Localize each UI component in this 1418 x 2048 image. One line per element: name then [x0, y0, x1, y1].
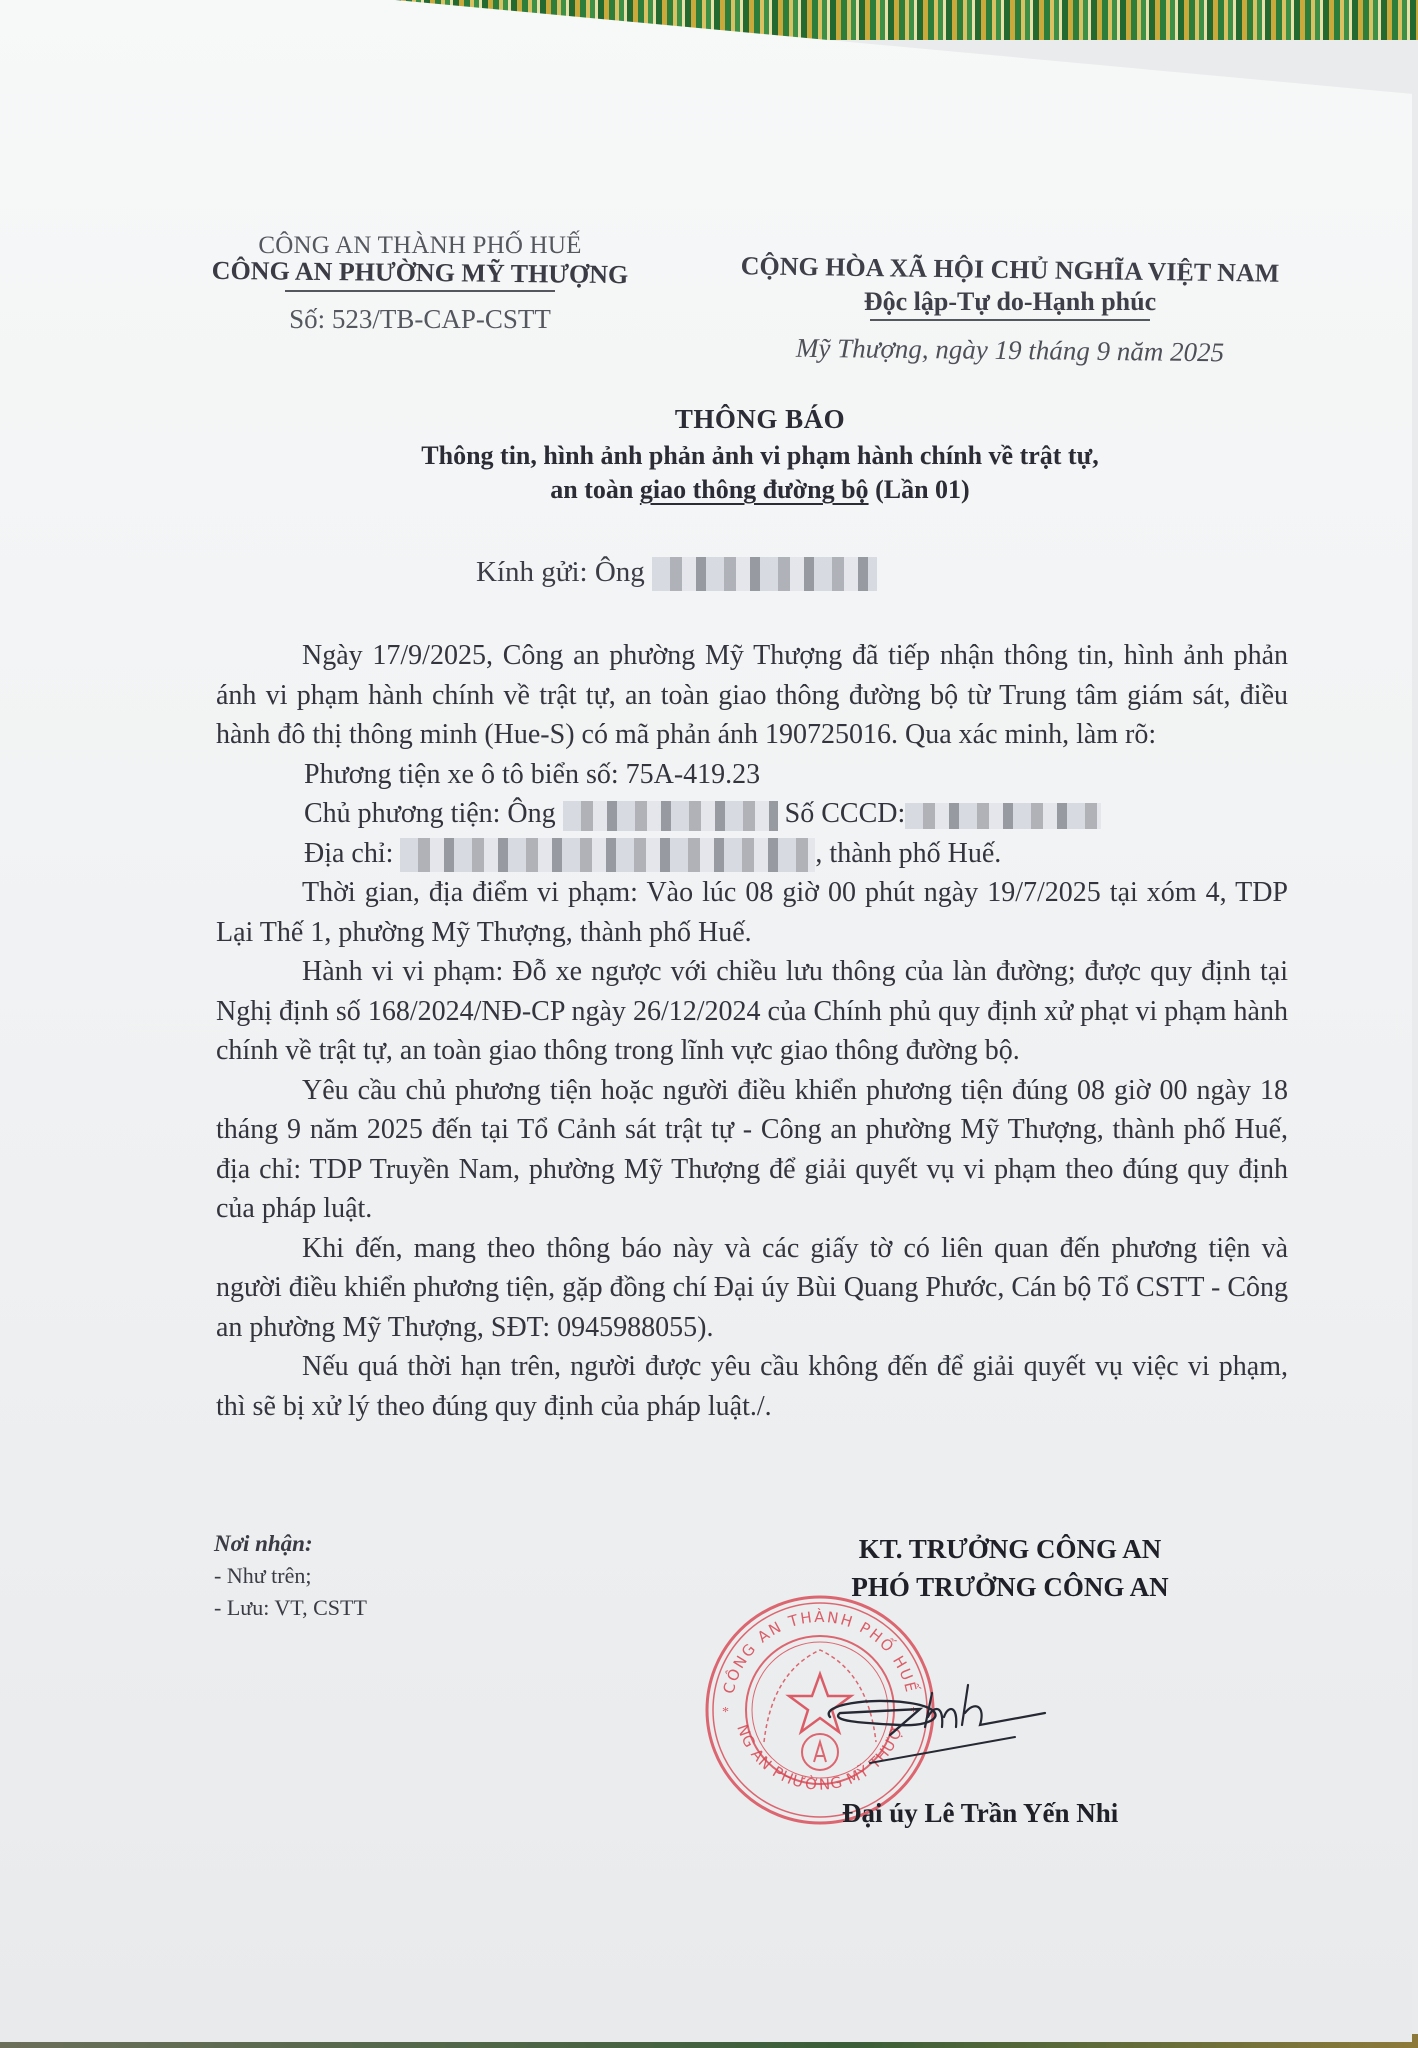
address-line: Địa chỉ: , thành phố Huế. — [216, 834, 1288, 874]
paragraph-violation: Hành vi vi phạm: Đỗ xe ngược với chiều l… — [216, 952, 1288, 1071]
national-motto: Độc lập-Tự do-Hạnh phúc — [710, 287, 1310, 317]
subtitle-pre: an toàn — [550, 475, 640, 504]
paragraph-request: Yêu cầu chủ phương tiện hoặc người điều … — [216, 1071, 1288, 1229]
redacted-address — [400, 838, 815, 872]
redacted-id-number — [905, 803, 1101, 829]
vehicle-plate-line: Phương tiện xe ô tô biển số: 75A-419.23 — [216, 755, 1288, 795]
recipient-item: - Như trên; — [214, 1560, 367, 1592]
signer-title-block: KT. TRƯỞNG CÔNG AN PHÓ TRƯỞNG CÔNG AN — [790, 1530, 1230, 1606]
paragraph-warning: Nếu quá thời hạn trên, người được yêu cầ… — [216, 1347, 1288, 1426]
svg-text:*: * — [722, 1705, 729, 1720]
signature-icon — [810, 1665, 1060, 1775]
national-header-block: CỘNG HÒA XÃ HỘI CHỦ NGHĨA VIỆT NAM Độc l… — [710, 255, 1310, 366]
subtitle-post: (Lần 01) — [869, 475, 970, 504]
signer-position: PHÓ TRƯỞNG CÔNG AN — [790, 1568, 1230, 1606]
subtitle-underlined: giao thông đường bộ — [640, 475, 869, 504]
country-name: CỘNG HÒA XÃ HỘI CHỦ NGHĨA VIỆT NAM — [710, 251, 1310, 289]
vehicle-owner-line: Chủ phương tiện: Ông Số CCCD: — [216, 794, 1288, 834]
signer-authority: KT. TRƯỞNG CÔNG AN — [790, 1530, 1230, 1568]
agency-name: CÔNG AN PHƯỜNG MỸ THƯỢNG — [175, 255, 665, 290]
agency-underline — [285, 290, 555, 292]
document-title-block: THÔNG BÁO Thông tin, hình ảnh phản ảnh v… — [320, 404, 1200, 505]
document-sheet: CÔNG AN THÀNH PHỐ HUẾ CÔNG AN PHƯỜNG MỸ … — [0, 0, 1412, 2042]
signer-name: Đại úy Lê Trần Yến Nhi — [842, 1798, 1118, 1829]
address-label: Địa chỉ: — [304, 838, 393, 869]
document-subtitle-line2: an toàn giao thông đường bộ (Lần 01) — [320, 475, 1200, 505]
address-suffix: , thành phố Huế. — [815, 838, 1001, 869]
paragraph-intro: Ngày 17/9/2025, Công an phường Mỹ Thượng… — [216, 636, 1288, 755]
paragraph-time-place: Thời gian, địa điểm vi phạm: Vào lúc 08 … — [216, 873, 1288, 952]
place-date: Mỹ Thượng, ngày 19 tháng 9 năm 2025 — [710, 332, 1310, 369]
greeting-line: Kính gửi: Ông — [476, 556, 877, 591]
paragraph-bring-documents: Khi đến, mang theo thông báo này và các … — [216, 1229, 1288, 1348]
id-label: Số CCCD: — [785, 798, 906, 829]
recipients-block: Nơi nhận: - Như trên; - Lưu: VT, CSTT — [214, 1528, 367, 1624]
motto-underline — [870, 319, 1150, 321]
recipient-item: - Lưu: VT, CSTT — [214, 1592, 367, 1624]
greeting-label: Kính gửi: Ông — [476, 556, 645, 588]
redacted-recipient-name — [652, 557, 877, 591]
document-subtitle-line1: Thông tin, hình ảnh phản ảnh vi phạm hàn… — [320, 441, 1200, 471]
document-body: Ngày 17/9/2025, Công an phường Mỹ Thượng… — [216, 636, 1288, 1426]
recipients-label: Nơi nhận: — [214, 1528, 367, 1560]
document-title: THÔNG BÁO — [320, 404, 1200, 435]
redacted-owner-name — [563, 801, 778, 831]
document-number: Số: 523/TB-CAP-CSTT — [175, 304, 665, 335]
issuing-agency-block: CÔNG AN THÀNH PHỐ HUẾ CÔNG AN PHƯỜNG MỸ … — [175, 232, 665, 335]
owner-label: Chủ phương tiện: Ông — [304, 798, 556, 829]
